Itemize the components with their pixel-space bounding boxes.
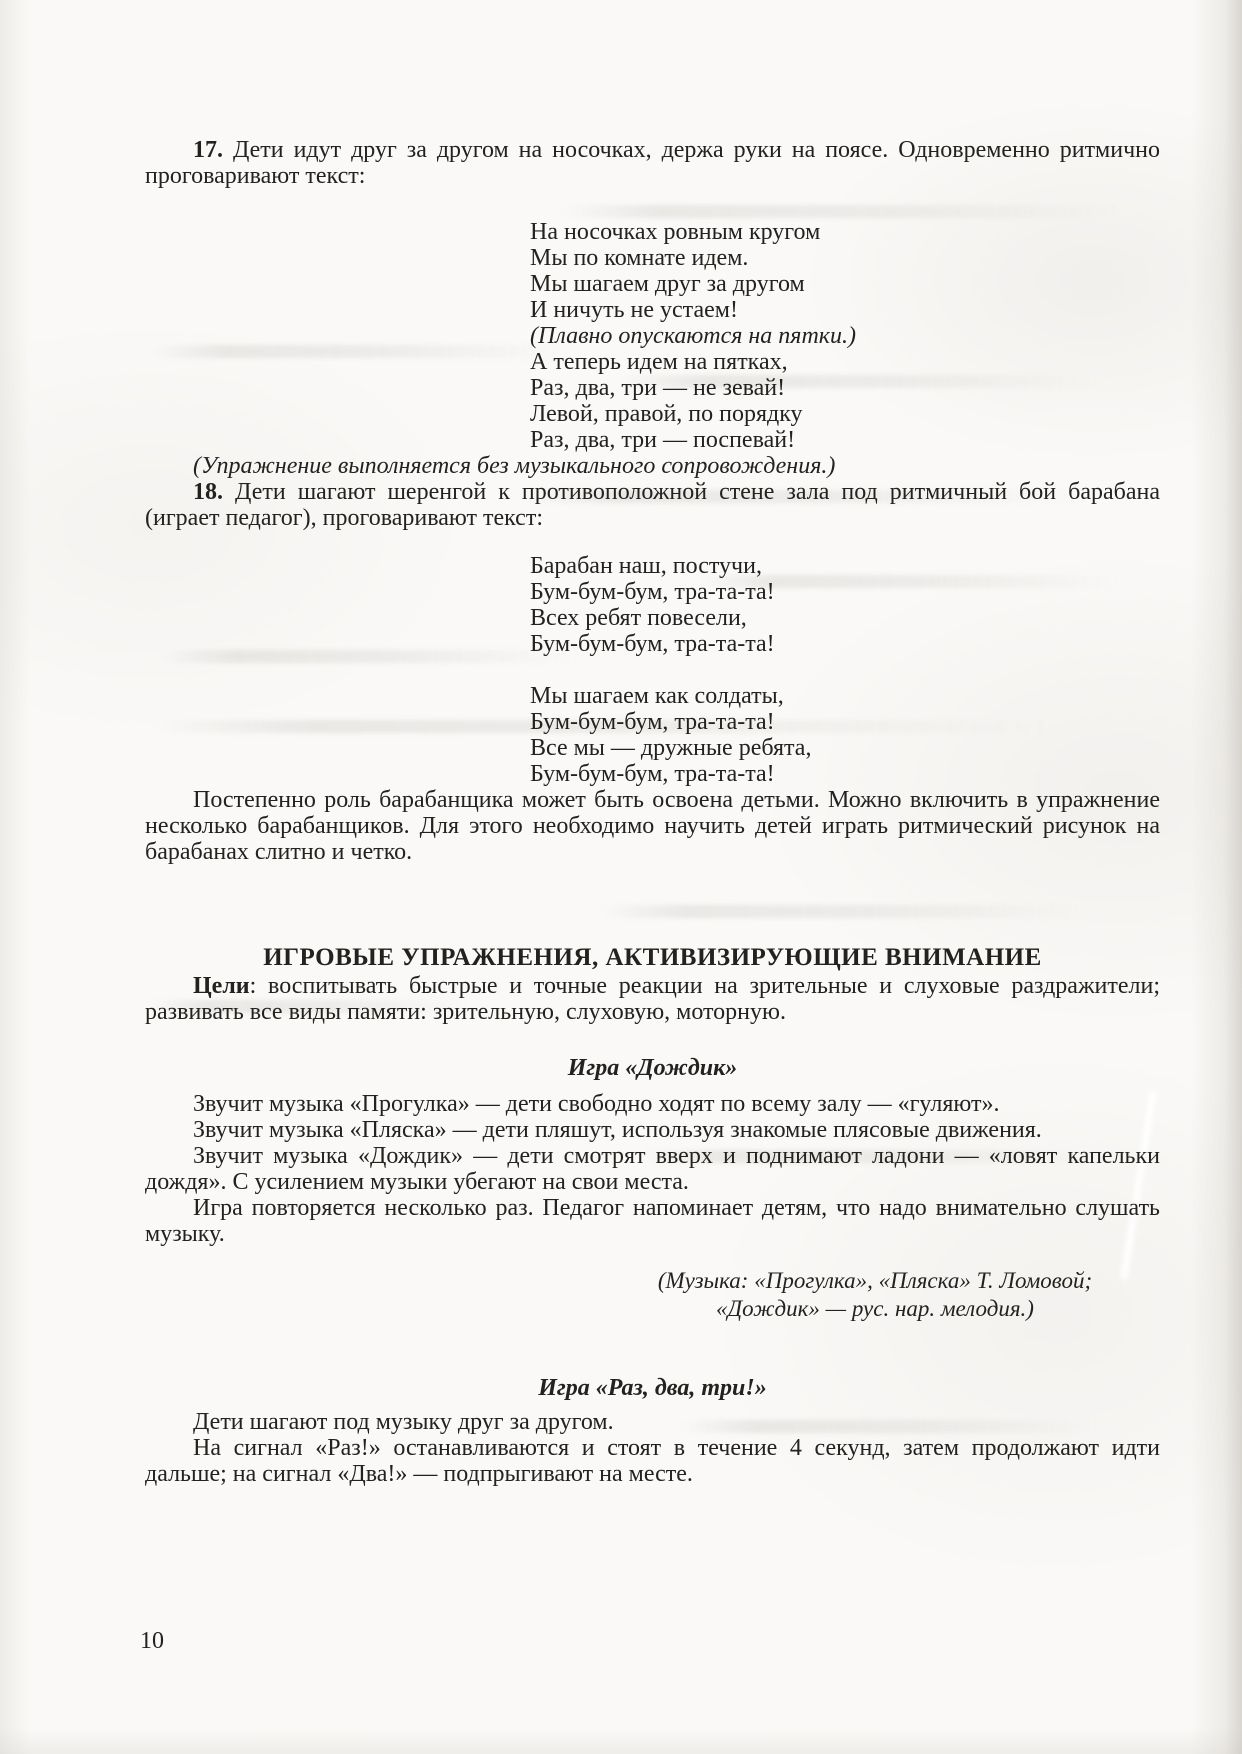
page-text-column: 17. Дети идут друг за другом на носочках…: [145, 137, 1160, 1487]
verse-block-2-stanza-2: Мы шагаем как солдаты, Бум-бум-бум, тра-…: [530, 683, 1160, 787]
verse-line: Все мы — дружные ребята,: [530, 735, 1160, 761]
exercise-note: (Упражнение выполняется без музыкального…: [145, 453, 1160, 479]
verse-line: Мы шагаем как солдаты,: [530, 683, 1160, 709]
verse-line: Раз, два, три — поспевай!: [530, 427, 1160, 453]
music-attribution-line-1: (Музыка: «Прогулка», «Пляска» Т. Ломовой…: [635, 1267, 1115, 1295]
verse-line: Бум-бум-бум, тра-та-та!: [530, 761, 1160, 787]
paragraph-17-text: Дети идут друг за другом на носочках, де…: [145, 137, 1160, 189]
scanned-page: 17. Дети идут друг за другом на носочках…: [0, 0, 1242, 1754]
drummer-note-paragraph: Постепенно роль барабанщика может быть о…: [145, 787, 1160, 865]
verse-line: На носочках ровным кругом: [530, 219, 1160, 245]
paragraph-18: 18. Дети шагают шеренгой к противоположн…: [145, 479, 1160, 531]
verse-line: Мы по комнате идем.: [530, 245, 1160, 271]
verse-line: Раз, два, три — не зевай!: [530, 375, 1160, 401]
paragraph-18-text: Дети шагают шеренгой к противоположной с…: [145, 479, 1160, 531]
music-attribution: (Музыка: «Прогулка», «Пляска» Т. Ломовой…: [635, 1267, 1115, 1323]
verse-line: Бум-бум-бум, тра-та-та!: [530, 579, 1160, 605]
game-one-two-three-paragraph-1: Дети шагают под музыку друг за другом.: [145, 1409, 1160, 1435]
goals-paragraph: Цели: воспитывать быстрые и точные реакц…: [145, 973, 1160, 1025]
game-rain-paragraph-2: Звучит музыка «Пляска» — дети пляшут, ис…: [145, 1117, 1160, 1143]
verse-line: Левой, правой, по порядку: [530, 401, 1160, 427]
verse-line: И ничуть не устаем!: [530, 297, 1160, 323]
verse-line: Бум-бум-бум, тра-та-та!: [530, 709, 1160, 735]
verse-line: Всех ребят повесели,: [530, 605, 1160, 631]
game-one-two-three-heading: Игра «Раз, два, три!»: [145, 1373, 1160, 1403]
verse-block-2-stanza-1: Барабан наш, постучи, Бум-бум-бум, тра-т…: [530, 553, 1160, 657]
game-rain-heading: Игра «Дождик»: [145, 1053, 1160, 1083]
verse-block-1: На носочках ровным кругом Мы по комнате …: [530, 219, 1160, 453]
game-rain-paragraph-4: Игра повторяется несколько раз. Педагог …: [145, 1195, 1160, 1247]
game-rain-paragraph-3: Звучит музыка «Дождик» — дети смотрят вв…: [145, 1143, 1160, 1195]
verse-line: А теперь идем на пятках,: [530, 349, 1160, 375]
goals-text: : воспитывать быстрые и точные реакции н…: [145, 973, 1160, 1025]
paragraph-17-number: 17.: [193, 137, 223, 163]
game-one-two-three-paragraph-2: На сигнал «Раз!» останавливаются и стоят…: [145, 1435, 1160, 1487]
paragraph-17: 17. Дети идут друг за другом на носочках…: [145, 137, 1160, 189]
section-heading: ИГРОВЫЕ УПРАЖНЕНИЯ, АКТИВИЗИРУЮЩИЕ ВНИМА…: [145, 943, 1160, 973]
verse-stage-direction: (Плавно опускаются на пятки.): [530, 323, 1160, 349]
verse-line: Мы шагаем друг за другом: [530, 271, 1160, 297]
paragraph-18-number: 18.: [193, 479, 223, 505]
goals-label: Цели: [193, 973, 250, 999]
verse-line: Бум-бум-бум, тра-та-та!: [530, 631, 1160, 657]
page-number: 10: [140, 1628, 164, 1655]
verse-line: Барабан наш, постучи,: [530, 553, 1160, 579]
game-rain-paragraph-1: Звучит музыка «Прогулка» — дети свободно…: [145, 1091, 1160, 1117]
music-attribution-line-2: «Дождик» — рус. нар. мелодия.): [635, 1295, 1115, 1323]
